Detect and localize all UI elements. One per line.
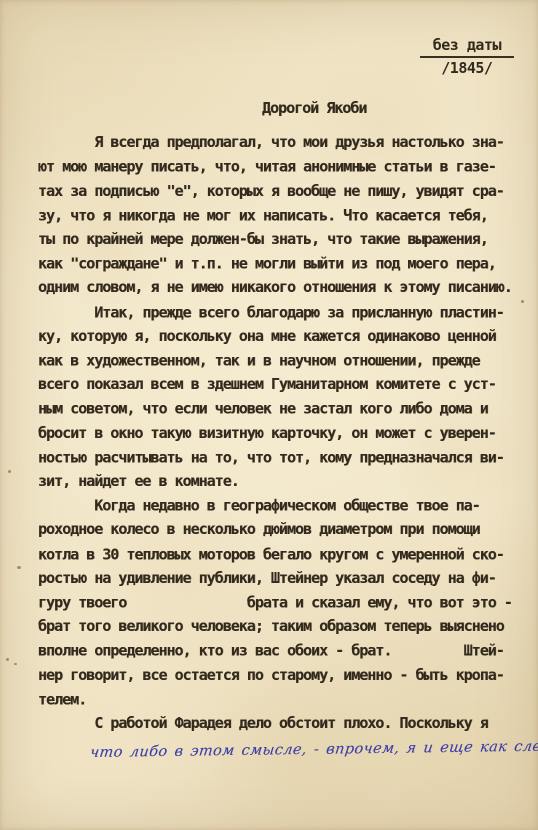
letter-line: ют мою манеру писать, что, читая анонимн… (38, 155, 524, 179)
letter-line: Итак, прежде всего благодарю за присланн… (38, 300, 524, 324)
letter-line: нер говорит, все остается по старому, им… (38, 663, 524, 687)
letter-line: Я всегда предполагал, что мои друзья нас… (38, 130, 524, 154)
paper-speck (6, 658, 9, 661)
letter-line: ты по крайней мере должен-бы знать, что … (38, 227, 524, 251)
paper-speck (14, 663, 17, 665)
letter-line: телем. (38, 687, 524, 711)
letter-line: С работой Фарадея дело обстоит плохо. По… (38, 711, 524, 735)
salutation: Дорогой Якоби (262, 96, 524, 120)
letter-line: одним словом, я не имею никакого отношен… (38, 275, 524, 299)
letter-line: зу, что я никогда не мог их написать. Чт… (38, 203, 524, 227)
letter-line: ростью на удивление публики, Штейнер ука… (38, 566, 524, 590)
letter-line: ностью расчитывать на то, что тот, кому … (38, 445, 524, 469)
year-label: /1845/ (420, 58, 514, 78)
letter-line: всего показал всем в здешнем Гуманитарно… (38, 372, 524, 396)
no-date-label: без даты (420, 36, 514, 58)
letter-line: вполне определенно, кто из вас обоих - б… (38, 639, 524, 663)
letter-line: брат того великого человека; таким образ… (38, 614, 524, 638)
letter-line: Когда недавно в географическом обществе … (38, 494, 524, 518)
letter-line: как "сограждане" и т.п. не могли выйти и… (38, 252, 524, 276)
letter-line: котла в 30 тепловых моторов бегало круго… (38, 542, 524, 566)
paper-speck (17, 566, 21, 569)
letter-line: зит, найдет ее в комнате. (38, 469, 524, 493)
letter-line: ку, которую я, поскольку она мне кажется… (38, 324, 524, 348)
scanned-letter-page: без даты /1845/ Дорогой Якоби Я всегда п… (0, 0, 538, 830)
handwritten-annotation: что либо в этом смысле, - впрочем, я и е… (89, 739, 521, 761)
letter-line: гуру твоего брата и сказал ему, что вот … (38, 590, 524, 614)
letter-line: ным советом, что если человек не застал … (38, 397, 524, 421)
letter-line: как в художественном, так и в научном от… (38, 348, 524, 372)
paper-speck (8, 470, 11, 473)
letter-line: тах за подписью "е", которых я вообще не… (38, 179, 524, 203)
letter-line: бросит в окно такую визитную карточку, о… (38, 421, 524, 445)
letter-body: Дорогой Якоби Я всегда предполагал, что … (38, 96, 524, 735)
letter-line: роходное колесо в несколько дюймов диаме… (38, 517, 524, 541)
header-date-block: без даты /1845/ (420, 36, 514, 78)
